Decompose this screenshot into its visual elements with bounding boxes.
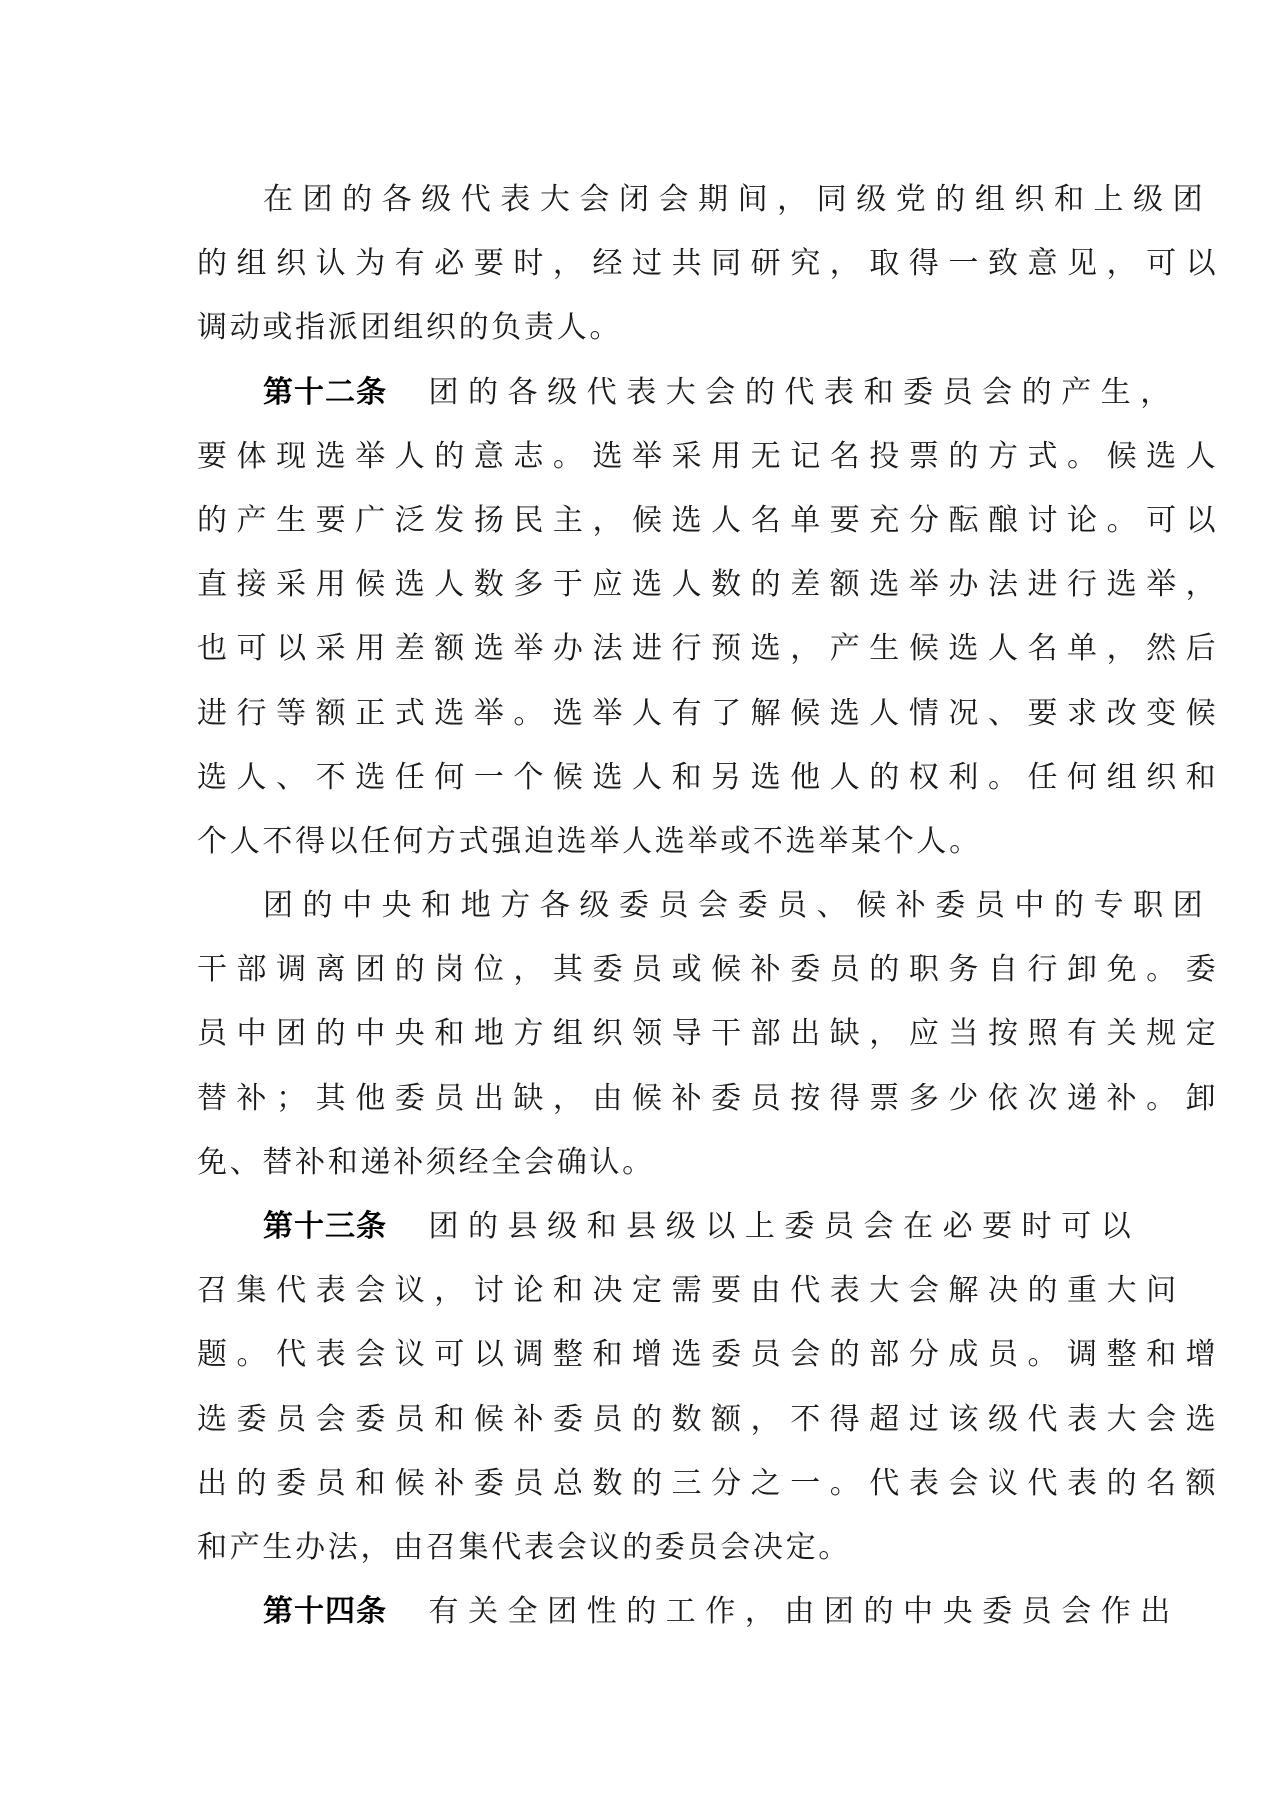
line-text: 的 组 织 认 为 有 必 要 时 ， 经 过 共 同 研 究 ， 取 得 一 … (197, 246, 1216, 281)
line-text: 进 行 等 额 正 式 选 举 。 选 举 人 有 了 解 候 选 人 情 况 … (197, 696, 1216, 731)
text-line: 和产生办法，由召集代表会议的委员会决定。 (197, 1516, 1083, 1580)
text-line: 直 接 采 用 候 选 人 数 多 于 应 选 人 数 的 差 额 选 举 办 … (197, 553, 1083, 617)
text-line: 调动或指派团组织的负责人。 (197, 296, 1083, 360)
article-13: 第十三条 团 的 县 级 和 县 级 以 上 委 员 会 在 必 要 时 可 以… (197, 1195, 1083, 1580)
line-text: 员 中 团 的 中 央 和 地 方 组 织 领 导 干 部 出 缺 ， 应 当 … (197, 1016, 1216, 1051)
line-text: 团 的 中 央 和 地 方 各 级 委 员 会 委 员 、 候 补 委 员 中 … (263, 888, 1203, 923)
article-heading: 第十三条 (263, 1209, 398, 1244)
document-page: 在 团 的 各 级 代 表 大 会 闭 会 期 间 ， 同 级 党 的 组 织 … (0, 0, 1279, 1810)
line-text: 和产生办法，由召集代表会议的委员会决定。 (197, 1530, 851, 1565)
line-text: 有 关 全 团 性 的 工 作 ， 由 团 的 中 央 委 员 会 作 出 (428, 1594, 1170, 1629)
line-text: 免、替补和递补须经全会确认。 (197, 1145, 655, 1180)
line-text: 团 的 各 级 代 表 大 会 的 代 表 和 委 员 会 的 产 生 ， (428, 375, 1170, 410)
text-line: 在 团 的 各 级 代 表 大 会 闭 会 期 间 ， 同 级 党 的 组 织 … (197, 168, 1083, 232)
line-text: 干 部 调 离 团 的 岗 位 ， 其 委 员 或 候 补 委 员 的 职 务 … (197, 952, 1216, 987)
text-line: 出 的 委 员 和 候 补 委 员 总 数 的 三 分 之 一 。 代 表 会 … (197, 1452, 1083, 1516)
line-text: 也 可 以 采 用 差 额 选 举 办 法 进 行 预 选 ， 产 生 候 选 … (197, 631, 1216, 666)
text-line: 选 人 、 不 选 任 何 一 个 候 选 人 和 另 选 他 人 的 权 利 … (197, 746, 1083, 810)
text-line: 进 行 等 额 正 式 选 举 。 选 举 人 有 了 解 候 选 人 情 况 … (197, 682, 1083, 746)
text-line: 个人不得以任何方式强迫选举人选举或不选举某个人。 (197, 810, 1083, 874)
text-line: 团 的 中 央 和 地 方 各 级 委 员 会 委 员 、 候 补 委 员 中 … (197, 874, 1083, 938)
text-line: 选 委 员 会 委 员 和 候 补 委 员 的 数 额 ， 不 得 超 过 该 … (197, 1388, 1083, 1452)
text-line: 召 集 代 表 会 议 ， 讨 论 和 决 定 需 要 由 代 表 大 会 解 … (197, 1259, 1083, 1323)
article-heading: 第十四条 (263, 1594, 398, 1629)
paragraph-1: 在 团 的 各 级 代 表 大 会 闭 会 期 间 ， 同 级 党 的 组 织 … (197, 168, 1083, 361)
text-line: 也 可 以 采 用 差 额 选 举 办 法 进 行 预 选 ， 产 生 候 选 … (197, 617, 1083, 681)
article-heading: 第十二条 (263, 375, 398, 410)
line-text: 召 集 代 表 会 议 ， 讨 论 和 决 定 需 要 由 代 表 大 会 解 … (197, 1273, 1176, 1308)
text-line: 第十四条 有 关 全 团 性 的 工 作 ， 由 团 的 中 央 委 员 会 作… (197, 1580, 1083, 1644)
line-text: 要 体 现 选 举 人 的 意 志 。 选 举 采 用 无 记 名 投 票 的 … (197, 439, 1216, 474)
text-line: 免、替补和递补须经全会确认。 (197, 1131, 1083, 1195)
text-line: 题 。 代 表 会 议 可 以 调 整 和 增 选 委 员 会 的 部 分 成 … (197, 1323, 1083, 1387)
text-line: 的 产 生 要 广 泛 发 扬 民 主 ， 候 选 人 名 单 要 充 分 酝 … (197, 489, 1083, 553)
text-line: 替 补 ； 其 他 委 员 出 缺 ， 由 候 补 委 员 按 得 票 多 少 … (197, 1067, 1083, 1131)
line-text: 直 接 采 用 候 选 人 数 多 于 应 选 人 数 的 差 额 选 举 办 … (197, 567, 1216, 602)
article-14: 第十四条 有 关 全 团 性 的 工 作 ， 由 团 的 中 央 委 员 会 作… (197, 1580, 1083, 1644)
line-text: 出 的 委 员 和 候 补 委 员 总 数 的 三 分 之 一 。 代 表 会 … (197, 1466, 1216, 1501)
line-text: 题 。 代 表 会 议 可 以 调 整 和 增 选 委 员 会 的 部 分 成 … (197, 1337, 1216, 1372)
line-text: 在 团 的 各 级 代 表 大 会 闭 会 期 间 ， 同 级 党 的 组 织 … (263, 182, 1203, 217)
line-text: 选 人 、 不 选 任 何 一 个 候 选 人 和 另 选 他 人 的 权 利 … (197, 760, 1216, 795)
line-text: 团 的 县 级 和 县 级 以 上 委 员 会 在 必 要 时 可 以 (428, 1209, 1130, 1244)
text-line: 第十三条 团 的 县 级 和 县 级 以 上 委 员 会 在 必 要 时 可 以 (197, 1195, 1083, 1259)
line-text: 个人不得以任何方式强迫选举人选举或不选举某个人。 (197, 824, 982, 859)
line-text: 的 产 生 要 广 泛 发 扬 民 主 ， 候 选 人 名 单 要 充 分 酝 … (197, 503, 1216, 538)
text-line: 的 组 织 认 为 有 必 要 时 ， 经 过 共 同 研 究 ， 取 得 一 … (197, 232, 1083, 296)
text-line: 员 中 团 的 中 央 和 地 方 组 织 领 导 干 部 出 缺 ， 应 当 … (197, 1002, 1083, 1066)
article-12: 第十二条 团 的 各 级 代 表 大 会 的 代 表 和 委 员 会 的 产 生… (197, 361, 1083, 875)
paragraph-committee-members: 团 的 中 央 和 地 方 各 级 委 员 会 委 员 、 候 补 委 员 中 … (197, 874, 1083, 1195)
text-line: 要 体 现 选 举 人 的 意 志 。 选 举 采 用 无 记 名 投 票 的 … (197, 425, 1083, 489)
text-line: 干 部 调 离 团 的 岗 位 ， 其 委 员 或 候 补 委 员 的 职 务 … (197, 938, 1083, 1002)
line-text: 调动或指派团组织的负责人。 (197, 310, 622, 345)
line-text: 选 委 员 会 委 员 和 候 补 委 员 的 数 额 ， 不 得 超 过 该 … (197, 1402, 1216, 1437)
text-line: 第十二条 团 的 各 级 代 表 大 会 的 代 表 和 委 员 会 的 产 生… (197, 361, 1083, 425)
line-text: 替 补 ； 其 他 委 员 出 缺 ， 由 候 补 委 员 按 得 票 多 少 … (197, 1081, 1216, 1116)
document-body: 在 团 的 各 级 代 表 大 会 闭 会 期 间 ， 同 级 党 的 组 织 … (197, 168, 1083, 1644)
